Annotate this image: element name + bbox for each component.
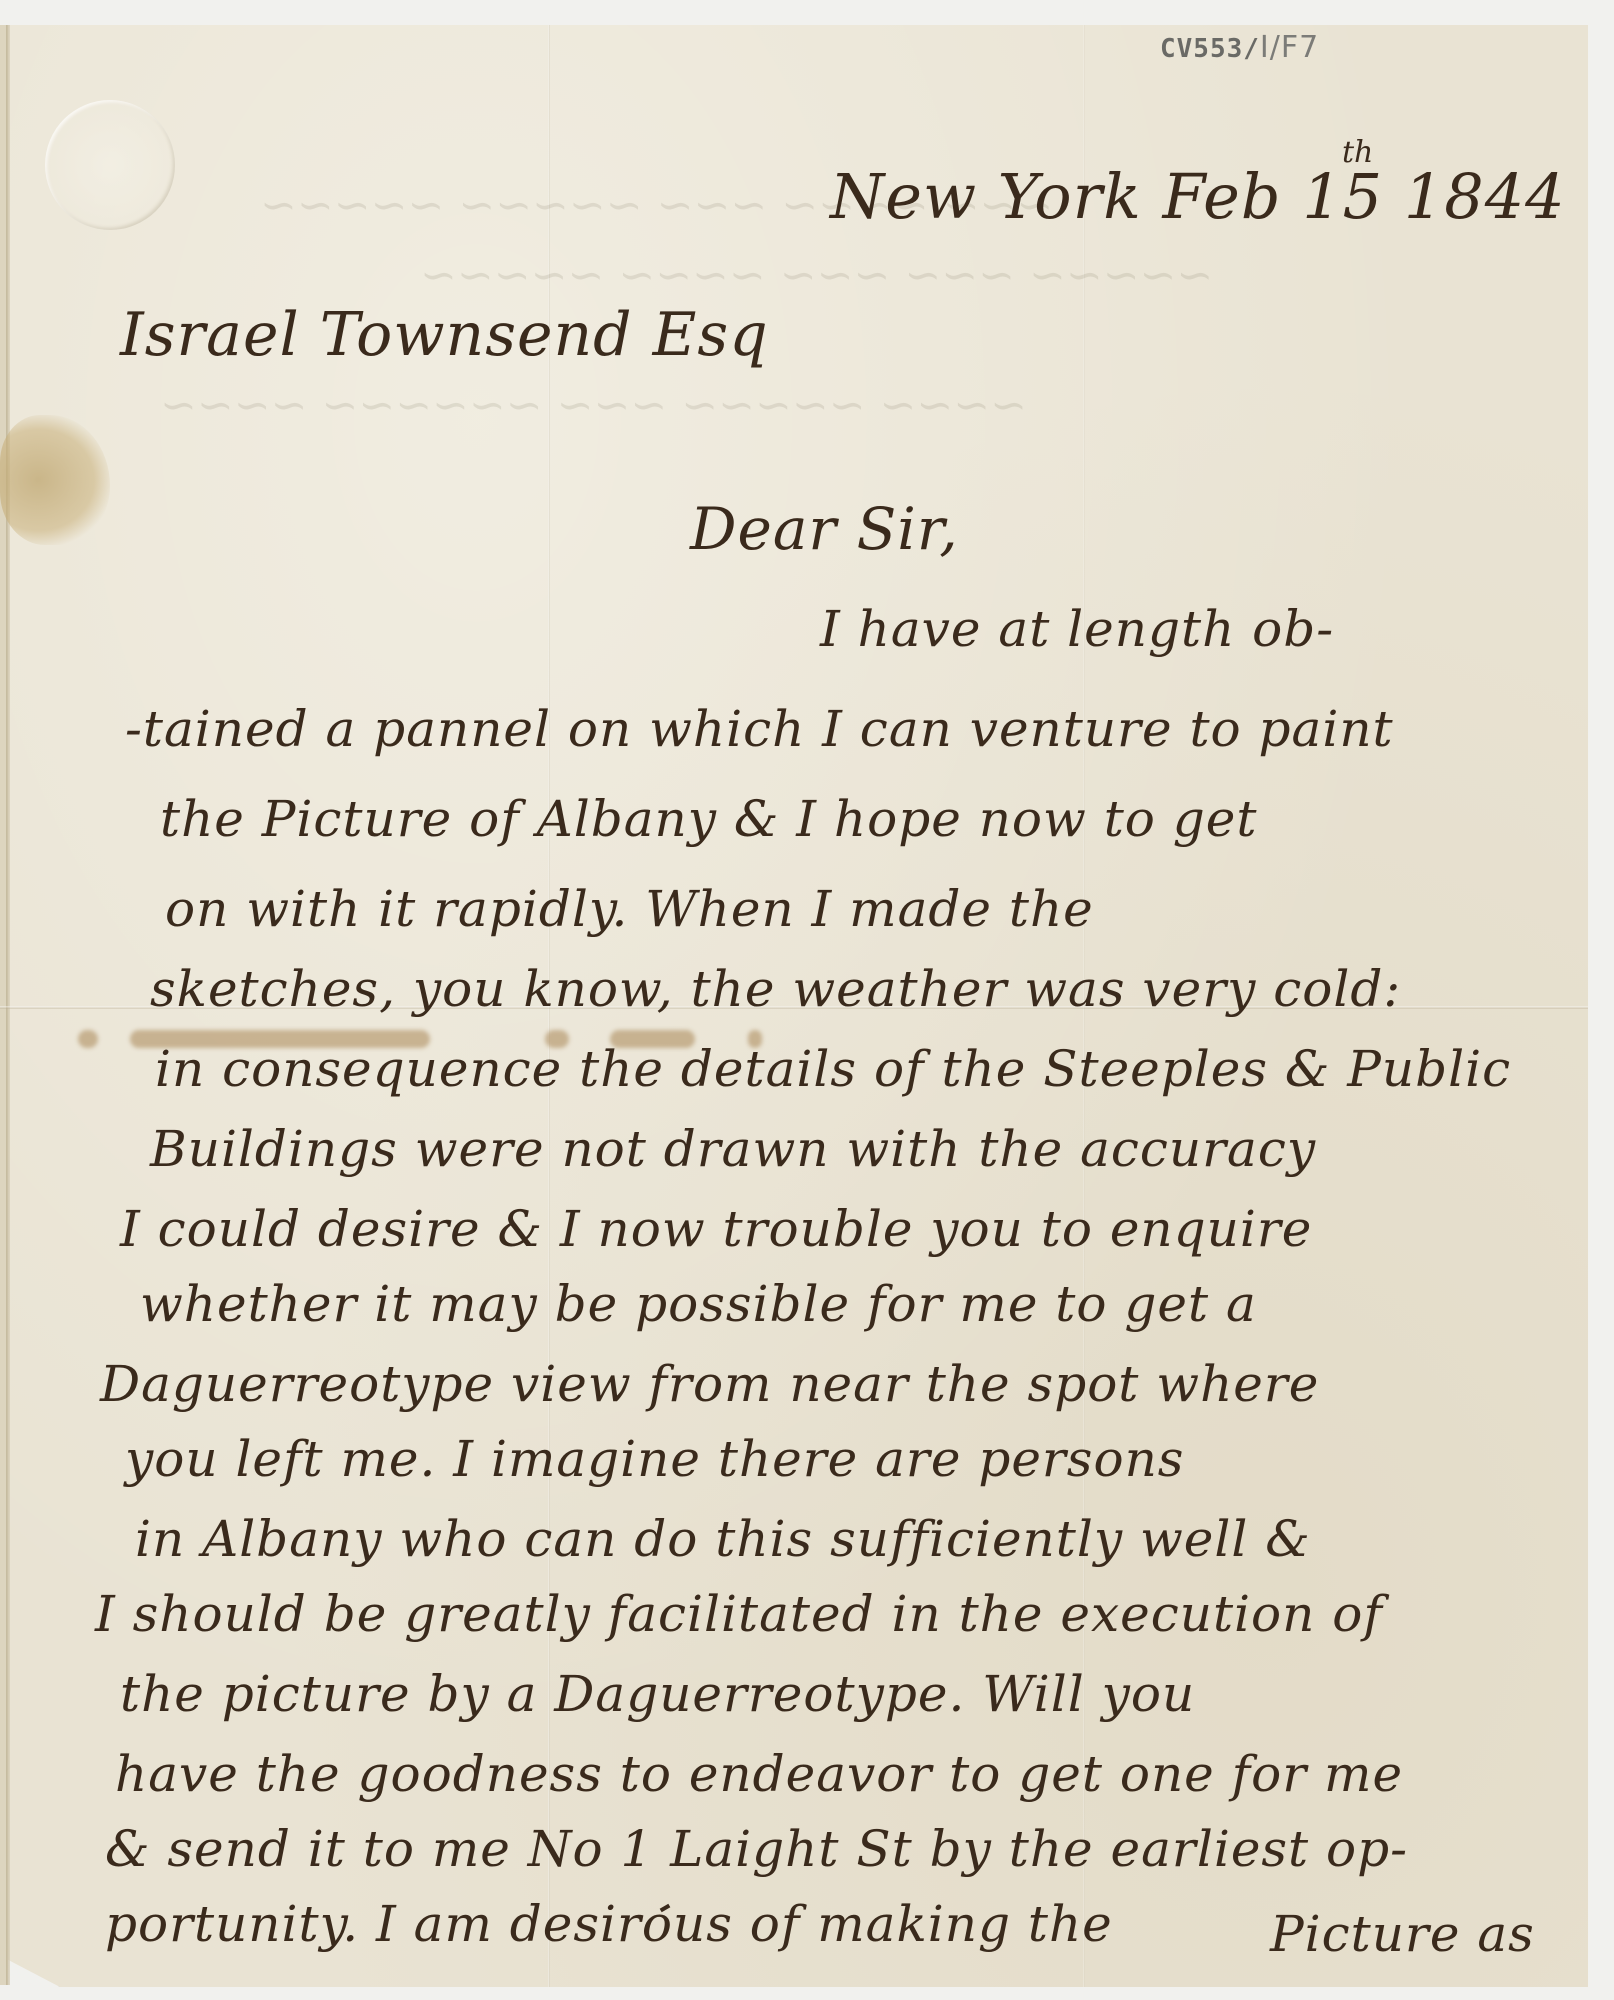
body-line: have the goodness to endeavor to get one… xyxy=(115,1745,1403,1803)
place-date: New York Feb 15 1844 xyxy=(830,160,1566,233)
archive-stamp: CV553/ xyxy=(1160,34,1260,64)
body-line: Daguerreotype view from near the spot wh… xyxy=(100,1355,1319,1413)
body-line: portunity. I am desirous of making the xyxy=(105,1895,1113,1953)
addressee: Israel Townsend Esq xyxy=(120,300,769,370)
binding-line xyxy=(6,25,10,1985)
body-line: the Picture of Albany & I hope now to ge… xyxy=(160,790,1257,848)
embossed-seal-icon xyxy=(45,100,175,230)
body-line: in consequence the details of the Steepl… xyxy=(155,1040,1511,1098)
body-line: in Albany who can do this sufficiently w… xyxy=(135,1510,1311,1568)
body-line: I should be greatly facilitated in the e… xyxy=(95,1585,1383,1643)
archive-pencil-note: I/F7 xyxy=(1260,30,1319,65)
body-line: on with it rapidly. When I made the xyxy=(165,880,1094,938)
stain-mark xyxy=(78,1030,98,1048)
body-line: Buildings were not drawn with the accura… xyxy=(150,1120,1316,1178)
archive-reference-label: CV553/I/F7 xyxy=(1160,30,1319,65)
body-line: you left me. I imagine there are persons xyxy=(125,1430,1184,1488)
body-line: -tained a pannel on which I can venture … xyxy=(125,700,1394,758)
body-line: the picture by a Daguerreotype. Will you xyxy=(120,1665,1195,1723)
date-superscript: th xyxy=(1342,135,1373,170)
body-line: whether it may be possible for me to get… xyxy=(140,1275,1257,1333)
body-line: I have at length ob- xyxy=(820,600,1334,658)
body-line: sketches, you know, the weather was very… xyxy=(150,960,1401,1018)
body-line: & send it to me No 1 Laight St by the ea… xyxy=(105,1820,1408,1878)
bleed-through-text: ~~~~~ ~~~ ~~~ ~~~~ ~~~~~ xyxy=(420,250,1213,301)
bleed-through-text: ~~~~ ~~~~~ ~~~ ~~~~~~ ~~~~ xyxy=(160,380,1027,431)
catchword: Picture as xyxy=(1270,1905,1535,1963)
body-line: I could desire & I now trouble you to en… xyxy=(120,1200,1312,1258)
salutation: Dear Sir, xyxy=(690,495,959,563)
